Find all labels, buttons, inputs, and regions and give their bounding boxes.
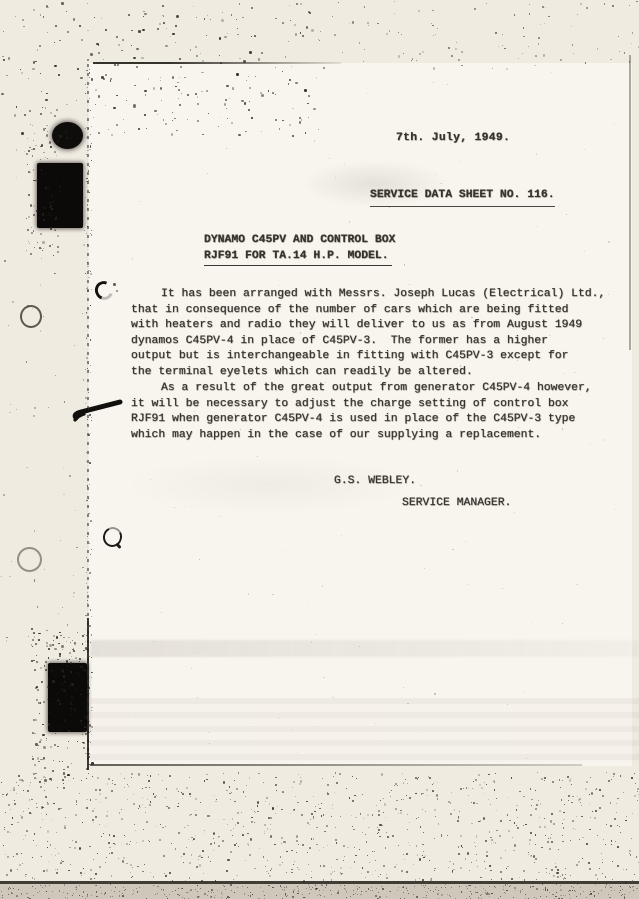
hole-punch-ring-lower [17, 547, 42, 572]
redaction-block-bottom [48, 663, 87, 732]
pen-slash-mark [72, 397, 126, 423]
doc-title-line2: RJF91 FOR TA.14 H.P. MODEL. [204, 249, 392, 267]
redaction-block-top [37, 163, 83, 228]
signature-title: SERVICE MANAGER. [402, 496, 511, 512]
scanned-document-page: 7th. July, 1949. SERVICE DATA SHEET NO. … [0, 0, 639, 899]
body-paragraph-1: It has been arranged with Messrs. Joseph… [131, 287, 605, 381]
pen-dot [113, 283, 116, 286]
scan-right-edge [629, 55, 631, 350]
pen-dot [116, 290, 118, 292]
photocopy-streak [90, 698, 639, 762]
hole-punch-ring-upper [20, 305, 42, 328]
signature-name: G.S. WEBLEY. [334, 474, 416, 490]
date-line: 7th. July, 1949. [396, 131, 510, 147]
paper-bottom-edge [90, 764, 582, 766]
doc-title-line1: DYNAMO C45PV AND CONTROL BOX [204, 234, 395, 246]
scan-bottom-band [0, 884, 639, 899]
body-paragraph-2: As a result of the great output from gen… [131, 381, 605, 443]
doc-title: DYNAMO C45PV AND CONTROL BOXRJF91 FOR TA… [204, 233, 395, 266]
ink-blot [52, 122, 83, 149]
photocopy-streak [90, 640, 639, 657]
sheet-number-heading: SERVICE DATA SHEET NO. 116. [370, 188, 555, 207]
paper-top-edge [93, 62, 341, 64]
paper-left-edge-dark [87, 618, 89, 770]
